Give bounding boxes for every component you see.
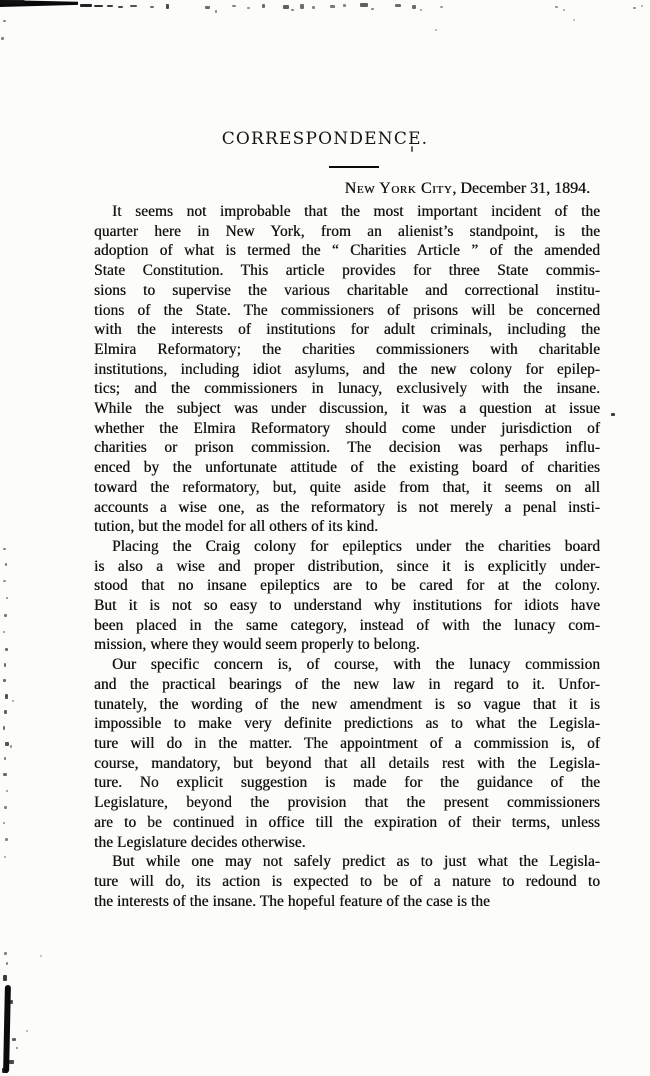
scan-artifact <box>633 7 636 9</box>
text-line: stood that no insane epileptics are to b… <box>94 576 600 596</box>
body-paragraphs: It seems not improbable that the most im… <box>94 202 600 911</box>
scan-artifact <box>12 700 14 702</box>
scan-artifact <box>641 5 643 7</box>
scan-artifact <box>573 19 575 21</box>
scan-artifact <box>2 1068 8 1073</box>
scan-artifact <box>4 710 7 714</box>
text-line: institutions, including idiot asylums, a… <box>94 360 600 380</box>
text-line: Elmira Reformatory; the charities commis… <box>94 340 600 360</box>
scan-artifact <box>247 7 250 9</box>
scan-artifact <box>4 806 7 809</box>
heading-divider <box>329 166 379 168</box>
text-line: course, mandatory, but beyond that all d… <box>94 754 600 774</box>
scan-artifact <box>291 9 294 11</box>
text-line: mission, where they would seem properly … <box>94 635 600 655</box>
scan-artifact <box>3 631 5 633</box>
scan-artifact <box>9 1060 14 1064</box>
scan-artifact <box>3 580 6 582</box>
text-line: is also a wise and proper distribution, … <box>94 557 600 577</box>
scan-artifact <box>4 952 7 955</box>
text-line: adoption of what is termed the “ Chariti… <box>94 241 600 261</box>
scanned-page: CORRESPONDENCE. New York City, December … <box>0 0 650 1076</box>
text-line: tution, but the model for all others of … <box>94 517 600 537</box>
text-line: But it is not so easy to understand why … <box>94 596 600 616</box>
scan-artifact <box>6 597 8 599</box>
scan-artifact <box>563 9 565 11</box>
scan-artifact <box>107 5 113 7</box>
scan-artifact <box>5 694 8 699</box>
text-line: Placing the Craig colony for epileptics … <box>94 537 600 557</box>
scan-artifact <box>6 962 8 965</box>
scan-artifact <box>1 37 4 40</box>
scan-artifact <box>215 10 217 13</box>
scan-artifact <box>371 8 374 10</box>
scan-artifact <box>343 4 346 7</box>
text-line: charities or prison commission. The deci… <box>94 438 600 458</box>
text-line: enced by the unfortunate attitude of the… <box>94 458 600 478</box>
scan-artifact <box>150 6 154 8</box>
text-line: toward the reformatory, but, quite aside… <box>94 478 600 498</box>
paragraph: It seems not improbable that the most im… <box>94 202 600 537</box>
text-line: are to be continued in office till the e… <box>94 813 600 833</box>
dateline-date: , December 31, 1894. <box>452 180 590 197</box>
scan-artifact <box>435 29 437 31</box>
text-line: impossible to make very definite predict… <box>94 714 600 734</box>
scan-artifact <box>5 742 9 746</box>
text-line: It seems not improbable that the most im… <box>94 202 600 222</box>
scan-artifact <box>420 9 422 11</box>
paragraph: Our specific concern is, of course, with… <box>94 655 600 852</box>
scan-artifact <box>3 726 5 730</box>
scan-artifact <box>10 1000 13 1004</box>
scan-artifact <box>4 663 6 667</box>
text-line: whether the Elmira Reformatory should co… <box>94 419 600 439</box>
scan-artifact <box>3 822 5 824</box>
text-line: tions of the State. The commissioners of… <box>94 301 600 321</box>
scan-artifact <box>555 6 558 8</box>
text-line: ture will do, its action is expected to … <box>94 872 600 892</box>
scan-artifact <box>16 1047 18 1049</box>
scan-artifact <box>300 4 304 9</box>
scan-artifact <box>166 4 169 9</box>
scan-artifact <box>118 6 123 8</box>
scan-artifact <box>12 1038 16 1041</box>
scan-artifact <box>40 955 42 957</box>
scan-artifact <box>10 745 12 748</box>
text-line: tics; and the commissioners in lunacy, e… <box>94 379 600 399</box>
text-line: the interests of the insane. The hopeful… <box>94 892 600 912</box>
paragraph: But while one may not safely predict as … <box>94 852 600 911</box>
scan-artifact <box>5 563 7 566</box>
scan-artifact <box>3 975 7 981</box>
text-line: ture. No explicit suggestion is made for… <box>94 773 600 793</box>
text-line: quarter here in New York, from an alieni… <box>94 222 600 242</box>
scan-artifact <box>5 648 8 651</box>
scan-artifact <box>312 6 315 9</box>
text-line: Our specific concern is, of course, with… <box>94 655 600 675</box>
scan-artifact <box>94 5 103 7</box>
scan-artifact <box>3 773 7 776</box>
scan-artifact <box>6 790 8 792</box>
scan-artifact <box>440 6 443 8</box>
dateline: New York City, December 31, 1894. <box>94 179 600 199</box>
scan-artifact <box>4 856 6 858</box>
scan-artifact <box>130 5 137 7</box>
scan-artifact <box>232 5 236 7</box>
scan-artifact <box>360 3 368 7</box>
text-line: ture will do in the matter. The appointm… <box>94 734 600 754</box>
scan-artifact <box>26 1030 28 1032</box>
scan-artifact <box>395 4 401 7</box>
paragraph: Placing the Craig colony for epileptics … <box>94 537 600 655</box>
scan-artifact <box>262 4 265 8</box>
text-line: and the practical bearings of the new la… <box>94 675 600 695</box>
text-line: While the subject was under discussion, … <box>94 399 600 419</box>
scan-artifact <box>80 4 92 7</box>
page-title: CORRESPONDENCE. <box>0 131 650 148</box>
text-line: State Constitution. This article provide… <box>94 261 600 281</box>
scan-artifact <box>0 0 25 4</box>
scan-artifact <box>3 20 6 22</box>
scan-artifact <box>4 614 7 617</box>
scan-artifact <box>4 757 6 760</box>
dateline-place: New York City <box>345 180 453 197</box>
scan-artifact <box>3 679 6 682</box>
scan-artifact <box>412 5 416 9</box>
text-line: with the interests of institutions for a… <box>94 320 600 340</box>
text-line: Legislature, beyond the provision that t… <box>94 793 600 813</box>
text-line: the Legislature decides otherwise. <box>94 833 600 853</box>
scan-artifact <box>283 5 289 9</box>
text-line: tunately, the wording of the new amendme… <box>94 695 600 715</box>
scan-artifact <box>5 838 8 841</box>
text-line: accounts a wise one, as the reformatory … <box>94 498 600 518</box>
scan-artifact <box>205 6 210 9</box>
text-line: sions to supervise the various charitabl… <box>94 281 600 301</box>
scan-artifact <box>330 5 335 8</box>
scan-artifact <box>611 413 615 416</box>
scan-artifact <box>3 548 6 550</box>
text-line: been placed in the same category, instea… <box>94 616 600 636</box>
text-line: But while one may not safely predict as … <box>94 852 600 872</box>
